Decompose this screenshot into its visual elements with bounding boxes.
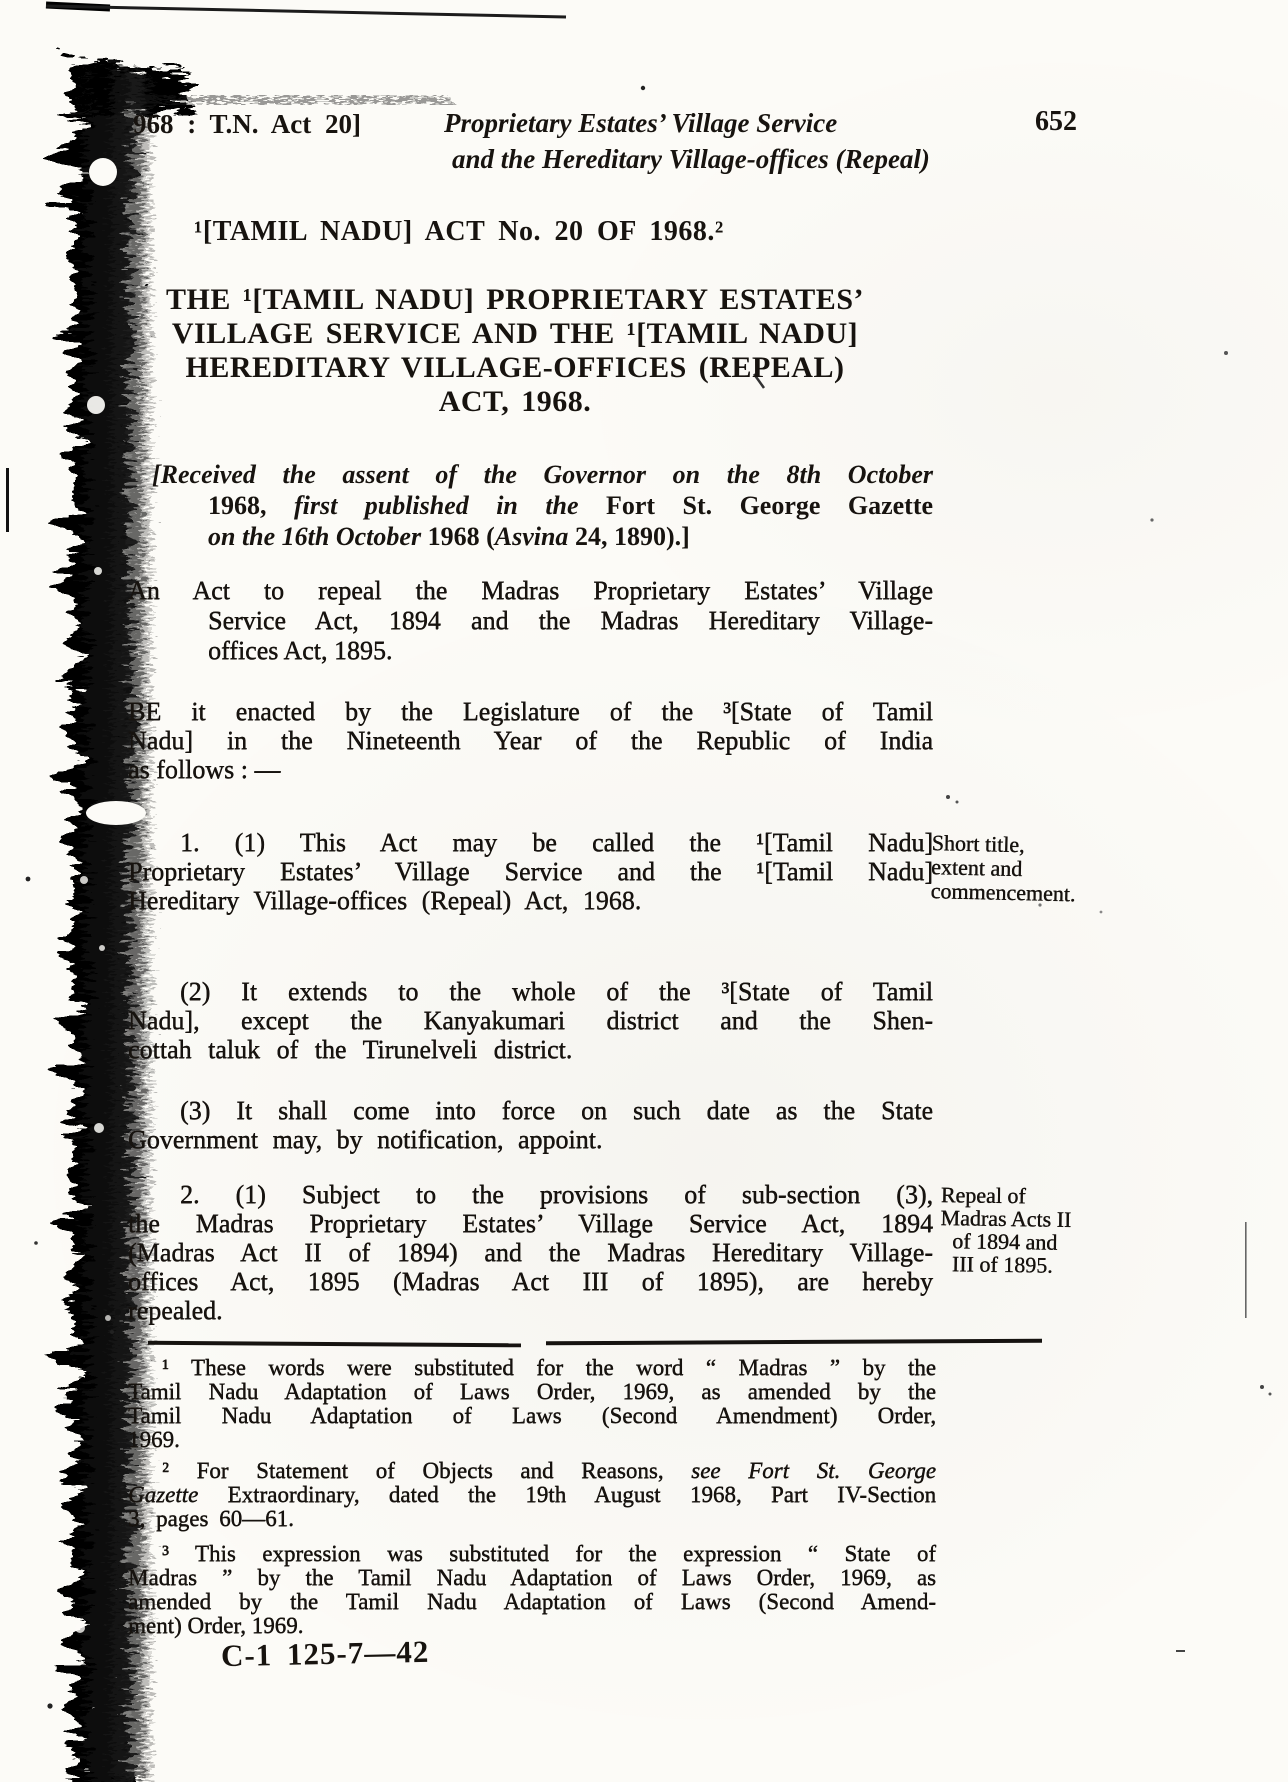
text-line: Service Act, 1894 and the Madras Heredit… xyxy=(128,606,933,636)
text-line: 1968, first published in the Fort St. Ge… xyxy=(128,490,933,521)
footnote-1: ¹ These words were substituted for the w… xyxy=(128,1356,936,1452)
text-line: on the 16th October 1968 (Asvina 24, 189… xyxy=(128,521,933,552)
text-line: Hereditary Village-offices (Repeal) Act,… xyxy=(128,886,933,915)
footnote-2: ² For Statement of Objects and Reasons, … xyxy=(128,1459,936,1531)
footnote-line: Madras ” by the Tamil Nadu Adaptation of… xyxy=(128,1566,936,1590)
enacting-clause: BE it enacted by the Legislature of the … xyxy=(128,697,933,784)
text-line: 1. (1) This Act may be called the ¹[Tami… xyxy=(128,828,933,857)
footnote-line: amended by the Tamil Nadu Adaptation of … xyxy=(128,1590,936,1614)
text-line: cottah taluk of the Tirunelveli district… xyxy=(128,1035,933,1064)
text-line: [Received the assent of the Governor on … xyxy=(128,459,933,490)
margin-note-line: III of 1895. xyxy=(940,1252,1210,1279)
footnote-line: 3, pages 60—61. xyxy=(128,1507,936,1531)
section-1-sub-3: (3) It shall come into force on such dat… xyxy=(128,1096,933,1154)
text-line: offices Act, 1895 (Madras Act III of 189… xyxy=(128,1267,933,1296)
running-header-title-line1: Proprietary Estates’ Village Service xyxy=(444,108,837,139)
text-line: BE it enacted by the Legislature of the … xyxy=(128,697,933,726)
running-header-left: 968 : T.N. Act 20] xyxy=(133,109,361,140)
act-title-line: ACT, 1968. xyxy=(110,385,920,419)
footnote-line: Tamil Nadu Adaptation of Laws (Second Am… xyxy=(128,1404,936,1428)
footnote-line: ³ This expression was substituted for th… xyxy=(128,1542,936,1566)
text-line: 2. (1) Subject to the provisions of sub-… xyxy=(128,1180,933,1209)
text-line: Nadu] in the Nineteenth Year of the Repu… xyxy=(128,726,933,755)
text-line: Proprietary Estates’ Village Service and… xyxy=(128,857,933,886)
act-title-line: HEREDITARY VILLAGE-OFFICES (REPEAL) xyxy=(110,351,920,385)
margin-note-short-title: Short title, extent and commencement. xyxy=(930,831,1202,909)
text-line: (2) It extends to the whole of the ³[Sta… xyxy=(128,977,933,1006)
preamble-paragraph: An Act to repeal the Madras Proprietary … xyxy=(128,576,933,666)
footnote-line: Gazette Extraordinary, dated the 19th Au… xyxy=(128,1483,936,1507)
scanned-act-page: 968 : T.N. Act 20] Proprietary Estates’ … xyxy=(0,0,1288,1782)
text-line: the Madras Proprietary Estates’ Village … xyxy=(128,1209,933,1238)
footnote-line: ¹ These words were substituted for the w… xyxy=(128,1356,936,1380)
footnote-rule-right xyxy=(546,1339,1042,1345)
act-title-line: THE ¹[TAMIL NADU] PROPRIETARY ESTATES’ xyxy=(110,283,920,317)
text-line: An Act to repeal the Madras Proprietary … xyxy=(128,576,933,606)
act-number-line: ¹[TAMIL NADU] ACT No. 20 OF 1968.² xyxy=(194,216,724,248)
footnote-line: Tamil Nadu Adaptation of Laws Order, 196… xyxy=(128,1380,936,1404)
text-line: (3) It shall come into force on such dat… xyxy=(128,1096,933,1125)
section-2-sub-1: 2. (1) Subject to the provisions of sub-… xyxy=(128,1180,933,1325)
footnote-3: ³ This expression was substituted for th… xyxy=(128,1542,936,1638)
printer-mark: C-1 125-7—42 xyxy=(221,1634,430,1674)
text-line: as follows : — xyxy=(128,755,933,784)
footnote-rule-left xyxy=(148,1341,521,1347)
footnote-line: ² For Statement of Objects and Reasons, … xyxy=(128,1459,936,1483)
act-title: THE ¹[TAMIL NADU] PROPRIETARY ESTATES’ V… xyxy=(110,283,920,419)
section-1-sub-1: 1. (1) This Act may be called the ¹[Tami… xyxy=(128,828,933,915)
running-header-title-line2: and the Hereditary Village-offices (Repe… xyxy=(452,144,930,175)
margin-note-repeal: Repeal of Madras Acts II of 1894 and III… xyxy=(940,1183,1211,1279)
text-line: offices Act, 1895. xyxy=(128,636,933,666)
text-line: Nadu], except the Kanyakumari district a… xyxy=(128,1006,933,1035)
page-number: 652 xyxy=(1035,106,1077,138)
text-line: (Madras Act II of 1894) and the Madras H… xyxy=(128,1238,933,1267)
footnote-line: 1969. xyxy=(128,1428,936,1452)
section-1-sub-2: (2) It extends to the whole of the ³[Sta… xyxy=(128,977,933,1064)
top-scan-line xyxy=(46,5,566,17)
text-line: Government may, by notification, appoint… xyxy=(128,1125,933,1154)
assent-paragraph: [Received the assent of the Governor on … xyxy=(128,459,933,552)
text-line: repealed. xyxy=(128,1296,933,1325)
act-title-line: VILLAGE SERVICE AND THE ¹[TAMIL NADU] xyxy=(110,317,920,351)
margin-note-line: commencement. xyxy=(930,879,1200,909)
footnote-line: ment) Order, 1969. xyxy=(128,1614,936,1638)
